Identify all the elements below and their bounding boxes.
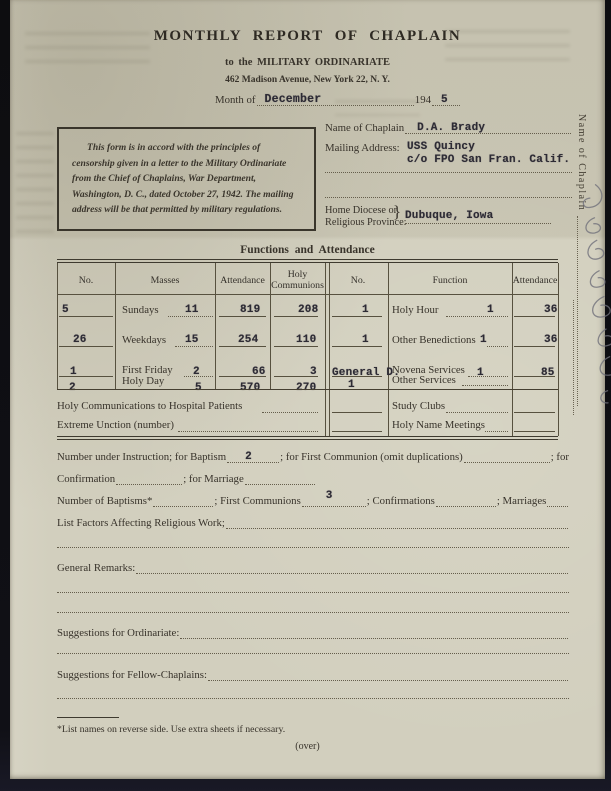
numbers-text-b: ; First Communions bbox=[214, 494, 300, 508]
chaplain-name-line: Name of Chaplain D.A. Brady bbox=[325, 120, 572, 135]
typed-attendance: 254 bbox=[238, 334, 258, 346]
cell-line bbox=[219, 316, 266, 317]
function-row-label: Other Benedictions bbox=[392, 334, 476, 347]
baptisms-field-line bbox=[153, 494, 213, 507]
cell-leader bbox=[446, 316, 508, 317]
typed-attendance: 570 bbox=[240, 382, 260, 394]
col-header-no-right: No. bbox=[328, 276, 388, 287]
typed-communions: 270 bbox=[296, 382, 316, 394]
table-border-right bbox=[558, 263, 559, 436]
table-header-rule bbox=[57, 294, 558, 295]
marriages-field-line bbox=[547, 494, 568, 507]
month-line: Month of December 194 5 bbox=[215, 92, 461, 107]
scanned-page-background: { "colors": {"background":"#0e0e12","pap… bbox=[0, 0, 611, 791]
confirmation-text-a: Confirmation bbox=[57, 472, 115, 486]
typed-no: 5 bbox=[62, 304, 69, 316]
form-title: MONTHLY REPORT OF CHAPLAIN bbox=[10, 30, 605, 43]
ruled-line bbox=[57, 653, 569, 654]
marriage-field-line bbox=[245, 472, 315, 485]
cell-line bbox=[59, 316, 113, 317]
mailing-rule-line bbox=[325, 172, 572, 173]
typed-count: 15 bbox=[185, 334, 199, 346]
cell-line bbox=[514, 431, 555, 432]
extreme-unction-label: Extreme Unction (number) bbox=[57, 419, 174, 432]
col-header-masses: Masses bbox=[115, 276, 215, 287]
mass-row-label: Weekdays bbox=[122, 334, 166, 347]
month-value-typed: December bbox=[265, 94, 322, 106]
mailing-address-label: Mailing Address: bbox=[325, 142, 400, 155]
diocese-label-line1: Home Diocese or bbox=[325, 205, 397, 216]
cell-line bbox=[332, 346, 382, 347]
cell-line bbox=[59, 376, 113, 377]
instruction-line-1: Number under Instruction; for Baptism 2 … bbox=[57, 449, 569, 464]
confirmation-field-line bbox=[116, 472, 182, 485]
diocese-typed: Dubuque, Iowa bbox=[405, 210, 493, 222]
typed-count: 2 bbox=[193, 366, 200, 378]
typed-no: 1 bbox=[70, 366, 77, 378]
cell-leader bbox=[262, 412, 318, 413]
factors-label: List Factors Affecting Religious Work; bbox=[57, 516, 225, 530]
col-header-attendance-right: Attendance bbox=[512, 276, 558, 287]
instruction-text-c: ; for bbox=[551, 450, 569, 464]
typed-attendance: 819 bbox=[240, 304, 260, 316]
bleed-through-mark bbox=[16, 128, 54, 233]
footnote-rule bbox=[57, 717, 119, 718]
ordinariate-field-line bbox=[180, 626, 568, 639]
chaplain-name-label: Name of Chaplain bbox=[325, 121, 404, 135]
margin-dotted-line bbox=[573, 300, 574, 415]
baptism-typed: 2 bbox=[245, 451, 252, 463]
first-communion-field-line bbox=[464, 450, 550, 463]
cell-leader bbox=[178, 431, 318, 432]
factors-field-line bbox=[226, 516, 568, 529]
ordinariate-label: Suggestions for Ordinariate: bbox=[57, 626, 179, 640]
cell-line bbox=[514, 412, 555, 413]
fellow-chaplains-field-line bbox=[208, 668, 568, 681]
ordinariate-line: Suggestions for Ordinariate: bbox=[57, 625, 569, 640]
fellow-chaplains-line: Suggestions for Fellow-Chaplains: bbox=[57, 667, 569, 682]
cell-line bbox=[59, 346, 113, 347]
form-address: 462 Madison Avenue, New York 22, N. Y. bbox=[10, 74, 605, 87]
typed-count: 5 bbox=[195, 382, 202, 394]
typed-communions: 3 bbox=[310, 366, 317, 378]
col-header-function: Function bbox=[388, 276, 512, 287]
factors-line: List Factors Affecting Religious Work; bbox=[57, 515, 569, 530]
confirmation-text-b: ; for Marriage bbox=[183, 472, 244, 486]
table-title: Functions and Attendance bbox=[10, 244, 605, 257]
first-communions-typed: 3 bbox=[326, 490, 333, 502]
table-column-line bbox=[512, 263, 513, 436]
cell-line bbox=[514, 346, 555, 347]
over-text: (over) bbox=[10, 740, 605, 753]
typed-count: 1 bbox=[480, 334, 487, 346]
form-subtitle: to the MILITARY ORDINARIATE bbox=[10, 56, 605, 69]
table-column-line bbox=[388, 263, 389, 436]
study-clubs-label: Study Clubs bbox=[392, 400, 445, 413]
typed-attendance: 85 bbox=[541, 367, 555, 379]
numbers-line: Number of Baptisms* ; First Communions 3… bbox=[57, 493, 569, 508]
typed-no: 26 bbox=[73, 334, 87, 346]
year-printed: 194 bbox=[415, 93, 431, 107]
month-label: Month of bbox=[215, 93, 256, 107]
ruled-line bbox=[57, 547, 569, 548]
fellow-chaplains-label: Suggestions for Fellow-Chaplains: bbox=[57, 668, 207, 682]
year-value-typed: 5 bbox=[441, 94, 448, 106]
month-field-line: December bbox=[257, 93, 414, 106]
cell-line bbox=[332, 316, 382, 317]
hospital-communions-label: Holy Communications to Hospital Patients bbox=[57, 400, 242, 413]
typed-count: 1 bbox=[487, 304, 494, 316]
cell-leader bbox=[487, 346, 508, 347]
diocese-brace: } bbox=[393, 205, 401, 218]
col-header-communions: Holy Communions bbox=[269, 270, 326, 291]
mass-row-label: Holy Day bbox=[122, 375, 164, 388]
cell-line bbox=[274, 346, 318, 347]
diocese-field-line bbox=[405, 223, 551, 224]
chaplain-name-field-line: D.A. Brady bbox=[405, 121, 571, 134]
col-header-no-left: No. bbox=[57, 276, 115, 287]
instruction-text-b: ; for First Communion (omit duplications… bbox=[280, 450, 463, 464]
confirmations-field-line bbox=[436, 494, 496, 507]
year-field-line: 5 bbox=[432, 93, 460, 106]
ruled-line bbox=[57, 612, 569, 613]
diocese-rule-line bbox=[325, 197, 572, 198]
typed-function-label: General D. bbox=[332, 367, 400, 379]
cell-leader bbox=[446, 412, 508, 413]
function-row-label: Holy Hour bbox=[392, 304, 438, 317]
typed-attendance: 36 bbox=[544, 304, 558, 316]
cell-line bbox=[274, 316, 318, 317]
censorship-notice-box: This form is in accord with the principl… bbox=[57, 127, 316, 231]
mailing-address-typed-line2: c/o FPO San Fran. Calif. bbox=[407, 154, 570, 166]
cell-line bbox=[332, 431, 382, 432]
censorship-notice-text: This form is in accord with the principl… bbox=[72, 140, 301, 218]
cell-leader bbox=[175, 346, 213, 347]
numbers-text-a: Number of Baptisms* bbox=[57, 494, 152, 508]
cell-line bbox=[219, 346, 266, 347]
cell-line bbox=[332, 412, 382, 413]
instruction-text-a: Number under Instruction; for Baptism bbox=[57, 450, 226, 464]
table-section-rule bbox=[57, 389, 558, 390]
typed-count: 1 bbox=[477, 367, 484, 379]
function-row-label: Other Services bbox=[392, 374, 456, 387]
ruled-line bbox=[57, 698, 569, 699]
scanned-form-paper: MONTHLY REPORT OF CHAPLAIN to the MILITA… bbox=[10, 0, 605, 779]
general-remarks-line: General Remarks: bbox=[57, 560, 569, 575]
col-header-attendance-left: Attendance bbox=[215, 276, 270, 287]
mass-row-label: Sundays bbox=[122, 304, 159, 317]
cell-leader bbox=[468, 376, 508, 377]
baptism-field-line: 2 bbox=[227, 450, 279, 463]
ruled-line bbox=[57, 592, 569, 593]
typed-no: 2 bbox=[69, 382, 76, 394]
general-remarks-field-line bbox=[136, 561, 568, 574]
table-bottom-double-rule bbox=[57, 436, 558, 440]
typed-attendance: 36 bbox=[544, 334, 558, 346]
typed-attendance: 66 bbox=[252, 366, 266, 378]
typed-no: 1 bbox=[362, 304, 369, 316]
first-communions-field-line: 3 bbox=[302, 494, 366, 507]
instruction-line-2: Confirmation ; for Marriage bbox=[57, 471, 569, 486]
cell-line bbox=[514, 316, 555, 317]
numbers-text-d: ; Marriages bbox=[497, 494, 546, 508]
mailing-address-typed-line1: USS Quincy bbox=[407, 141, 475, 153]
typed-communions: 208 bbox=[298, 304, 318, 316]
cell-leader bbox=[462, 385, 508, 386]
holy-name-meetings-label: Holy Name Meetings bbox=[392, 419, 485, 432]
typed-no: 1 bbox=[362, 334, 369, 346]
numbers-text-c: ; Confirmations bbox=[367, 494, 435, 508]
general-remarks-label: General Remarks: bbox=[57, 561, 135, 575]
footnote-text: *List names on reverse side. Use extra s… bbox=[57, 723, 285, 736]
typed-count: 11 bbox=[185, 304, 199, 316]
cell-leader bbox=[168, 316, 213, 317]
chaplain-name-typed: D.A. Brady bbox=[417, 122, 485, 134]
table-top-double-rule bbox=[57, 259, 558, 263]
cell-leader bbox=[485, 431, 508, 432]
typed-communions: 110 bbox=[296, 334, 316, 346]
